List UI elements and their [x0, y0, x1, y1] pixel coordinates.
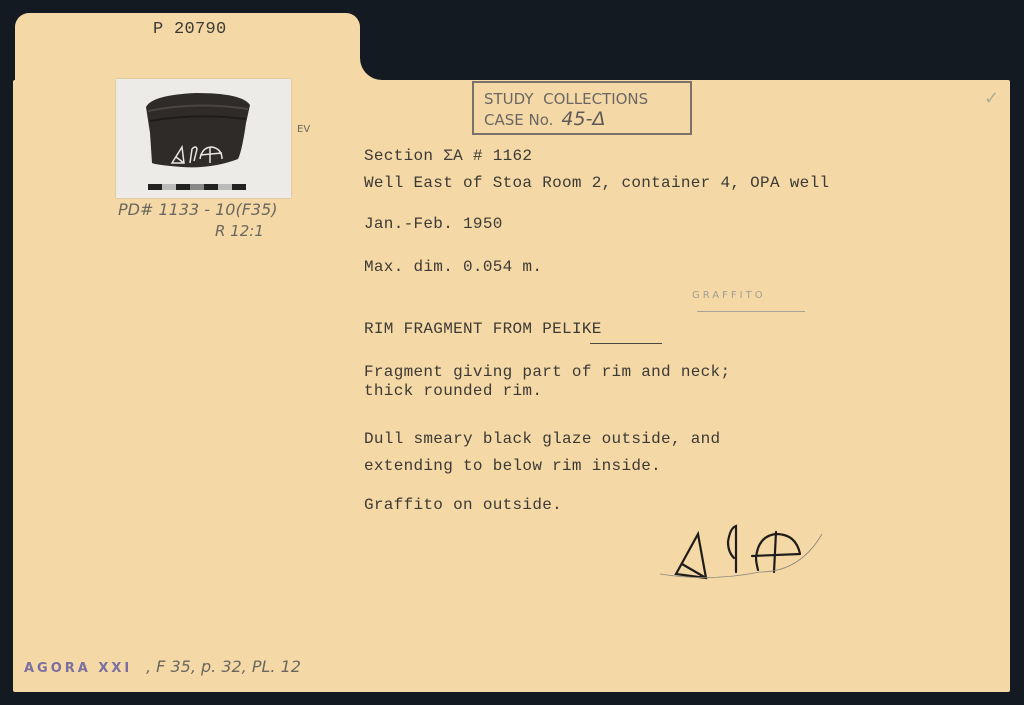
publication-reference: , F 35, p. 32, PL. 12	[146, 657, 301, 676]
graffito-note-underline	[697, 311, 805, 312]
section-number: Section ΣA # 1162	[364, 147, 532, 165]
scale-bar	[148, 184, 246, 190]
photo-ratio: R 12:1	[215, 222, 264, 240]
graffito-pencil-note: GRAFFITO	[692, 290, 766, 301]
sherd-photo	[116, 79, 291, 198]
object-title: RIM FRAGMENT FROM PELIKE	[364, 320, 602, 338]
stamp-case-label: CASE No.	[484, 111, 553, 129]
publication-stamp: AGORA XXI	[24, 661, 132, 676]
excavation-date: Jan.-Feb. 1950	[364, 215, 503, 233]
pelike-underline	[590, 343, 662, 344]
description-graffito: Graffito on outside.	[364, 496, 562, 514]
photo-reference: PD# 1133 - 10(F35)	[118, 200, 278, 219]
photographer-initials: EV	[297, 124, 310, 135]
inventory-number: P 20790	[153, 20, 227, 39]
graffito-drawing-icon	[650, 512, 830, 587]
stamp-title: STUDY COLLECTIONS	[484, 89, 690, 109]
description-fragment: Fragment giving part of rim and neck; th…	[364, 363, 730, 401]
study-collections-stamp: STUDY COLLECTIONS CASE No.45-Δ	[472, 81, 692, 135]
sherd-image-icon	[142, 93, 250, 169]
stamp-case-value: 45-Δ	[561, 108, 605, 130]
findspot: Well East of Stoa Room 2, container 4, O…	[364, 174, 829, 192]
max-dimension: Max. dim. 0.054 m.	[364, 258, 542, 276]
checkmark-icon: ✓	[984, 88, 999, 109]
title-object: PELIKE	[542, 320, 601, 338]
description-glaze: Dull smeary black glaze outside, and ext…	[364, 426, 720, 480]
title-prefix: RIM FRAGMENT FROM	[364, 320, 542, 338]
